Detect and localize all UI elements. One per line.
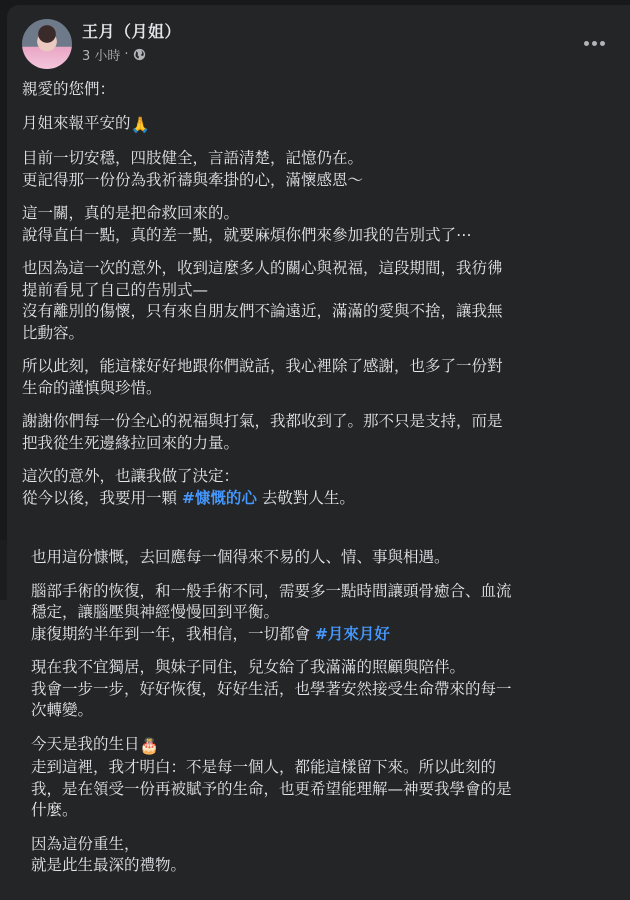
paragraph-text: 從今以後，我要用一顆 [22, 489, 182, 507]
paragraph: 現在我不宜獨居，與妹子同住，兒女給了我滿滿的照顧與陪伴。 我會一步一步，好好恢復… [31, 657, 626, 722]
globe-icon[interactable] [133, 48, 146, 61]
post-time[interactable]: 3 小時 [82, 45, 120, 64]
paragraph: 因為這份重生， 就是此生最深的禮物。 [31, 834, 626, 877]
paragraph-decision: 這次的意外，也讓我做了決定： 從今以後，我要用一顆 #慷慨的心 去敬對人生。 [22, 466, 622, 509]
hashtag-link[interactable]: #月來月好 [315, 625, 390, 643]
cake-emoji-icon: 🎂 [140, 736, 159, 758]
pray-emoji-icon: 🙏 [131, 115, 150, 137]
paragraph-recovery: 腦部手術的恢復，和一般手術不同，需要多一點時間讓頭骨癒合、血流 穩定，讓腦壓與神… [31, 581, 626, 646]
paragraph: 目前一切安穩，四肢健全，言語清楚，記憶仍在。 更記得那一份份為我祈禱與牽掛的心，… [22, 148, 622, 191]
paragraph-text: 康復期約半年到一年，我相信，一切都會 [31, 625, 315, 643]
post-body-top: 親愛的您們： 月姐來報平安的🙏 目前一切安穩，四肢健全，言語清楚，記憶仍在。 更… [22, 79, 622, 509]
screenshot-seam [0, 540, 7, 600]
paragraph-text: 今天是我的生日 [31, 735, 140, 753]
post-header: 王月（月姐） 3 小時 · [22, 19, 612, 69]
paragraph-birthday: 今天是我的生日🎂 走到這裡，我才明白：不是每一個人，都能這樣留下來。所以此刻的 … [31, 734, 626, 822]
meta-separator: · [124, 47, 128, 62]
paragraph-text: 月姐來報平安的 [22, 114, 131, 132]
paragraph-text: 走到這裡，我才明白：不是每一個人，都能這樣留下來。所以此刻的 我，是在領受一份再… [31, 758, 512, 819]
paragraph: 也因為這一次的意外，收到這麼多人的關心與祝福，這段期間，我彷彿 提前看見了自己的… [22, 258, 622, 344]
dot [592, 41, 597, 46]
paragraph-text: 這次的意外，也讓我做了決定： [22, 467, 239, 485]
paragraph: 這一關，真的是把命救回來的。 說得直白一點，真的差一點，就要麻煩你們來參加我的告… [22, 203, 622, 246]
hashtag-link[interactable]: #慷慨的心 [182, 489, 257, 507]
paragraph: 月姐來報平安的🙏 [22, 113, 622, 137]
more-options-button[interactable] [576, 31, 612, 55]
paragraph: 所以此刻，能這樣好好地跟你們說話，我心裡除了感謝，也多了一份對 生命的謹慎與珍惜… [22, 356, 622, 399]
author-name[interactable]: 王月（月姐） [82, 19, 181, 42]
post-body-bottom: 也用這份慷慨，去回應每一個得來不易的人、情、事與相遇。 腦部手術的恢復，和一般手… [31, 547, 626, 877]
avatar[interactable] [22, 19, 72, 69]
paragraph: 也用這份慷慨，去回應每一個得來不易的人、情、事與相遇。 [31, 547, 626, 569]
paragraph-text: 腦部手術的恢復，和一般手術不同，需要多一點時間讓頭骨癒合、血流 穩定，讓腦壓與神… [31, 582, 512, 622]
paragraph-text: 去敬對人生。 [257, 489, 355, 507]
paragraph: 謝謝你們每一份全心的祝福與打氣，我都收到了。那不只是支持，而是 把我從生死邊緣拉… [22, 411, 622, 454]
paragraph: 親愛的您們： [22, 79, 622, 101]
dot [600, 41, 605, 46]
post-meta: 3 小時 · [82, 45, 146, 64]
more-horizontal-icon [584, 41, 589, 46]
